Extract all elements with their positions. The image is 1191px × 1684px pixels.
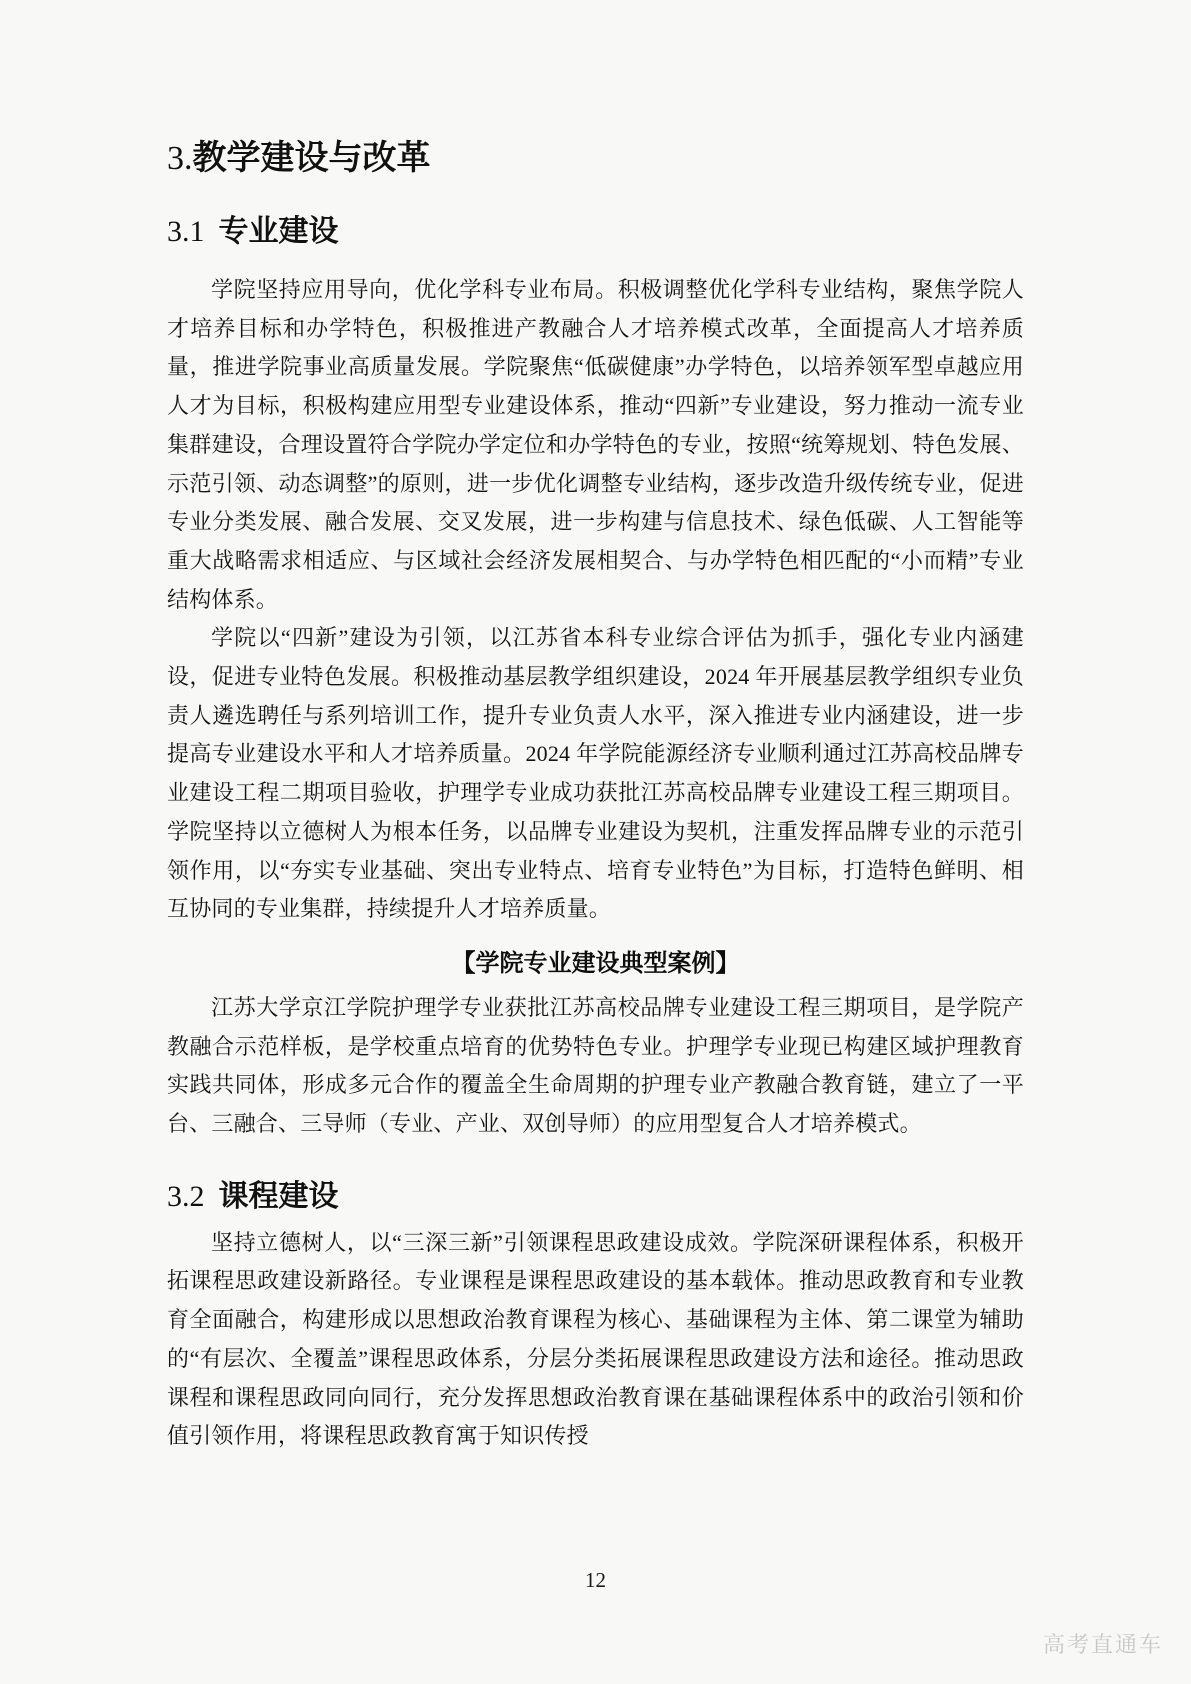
section-heading-3-2: 3.2课程建设 [167,1177,1024,1217]
chapter-number: 3. [167,140,193,177]
watermark-text: 高考直通车 [1043,1628,1163,1659]
body-paragraph: 坚持立德树人，以“三深三新”引领课程思政建设成效。学院深研课程体系，积极开拓课程… [167,1224,1024,1456]
section-title: 专业建设 [219,215,339,248]
body-paragraph: 学院坚持应用导向，优化学科专业布局。积极调整优化学科专业结构，聚焦学院人才培养目… [167,271,1024,619]
page-content: 3.教学建设与改革 3.1专业建设 学院坚持应用导向，优化学科专业布局。积极调整… [167,0,1024,1456]
chapter-title: 教学建设与改革 [193,139,431,177]
section-title: 课程建设 [219,1180,339,1213]
body-paragraph: 学院以“四新”建设为引领，以江苏省本科专业综合评估为抓手，强化专业内涵建设，促进… [167,619,1024,929]
section-number: 3.1 [167,215,205,248]
document-page: 3.教学建设与改革 3.1专业建设 学院坚持应用导向，优化学科专业布局。积极调整… [0,0,1191,1684]
section-number: 3.2 [167,1180,205,1213]
section-heading-3-1: 3.1专业建设 [167,212,1024,252]
case-study-caption: 【学院专业建设典型案例】 [167,944,1024,984]
case-study-paragraph: 江苏大学京江学院护理学专业获批江苏高校品牌专业建设工程三期项目，是学院产教融合示… [167,989,1024,1144]
chapter-heading: 3.教学建设与改革 [167,138,1024,179]
page-number: 12 [0,1568,1191,1593]
